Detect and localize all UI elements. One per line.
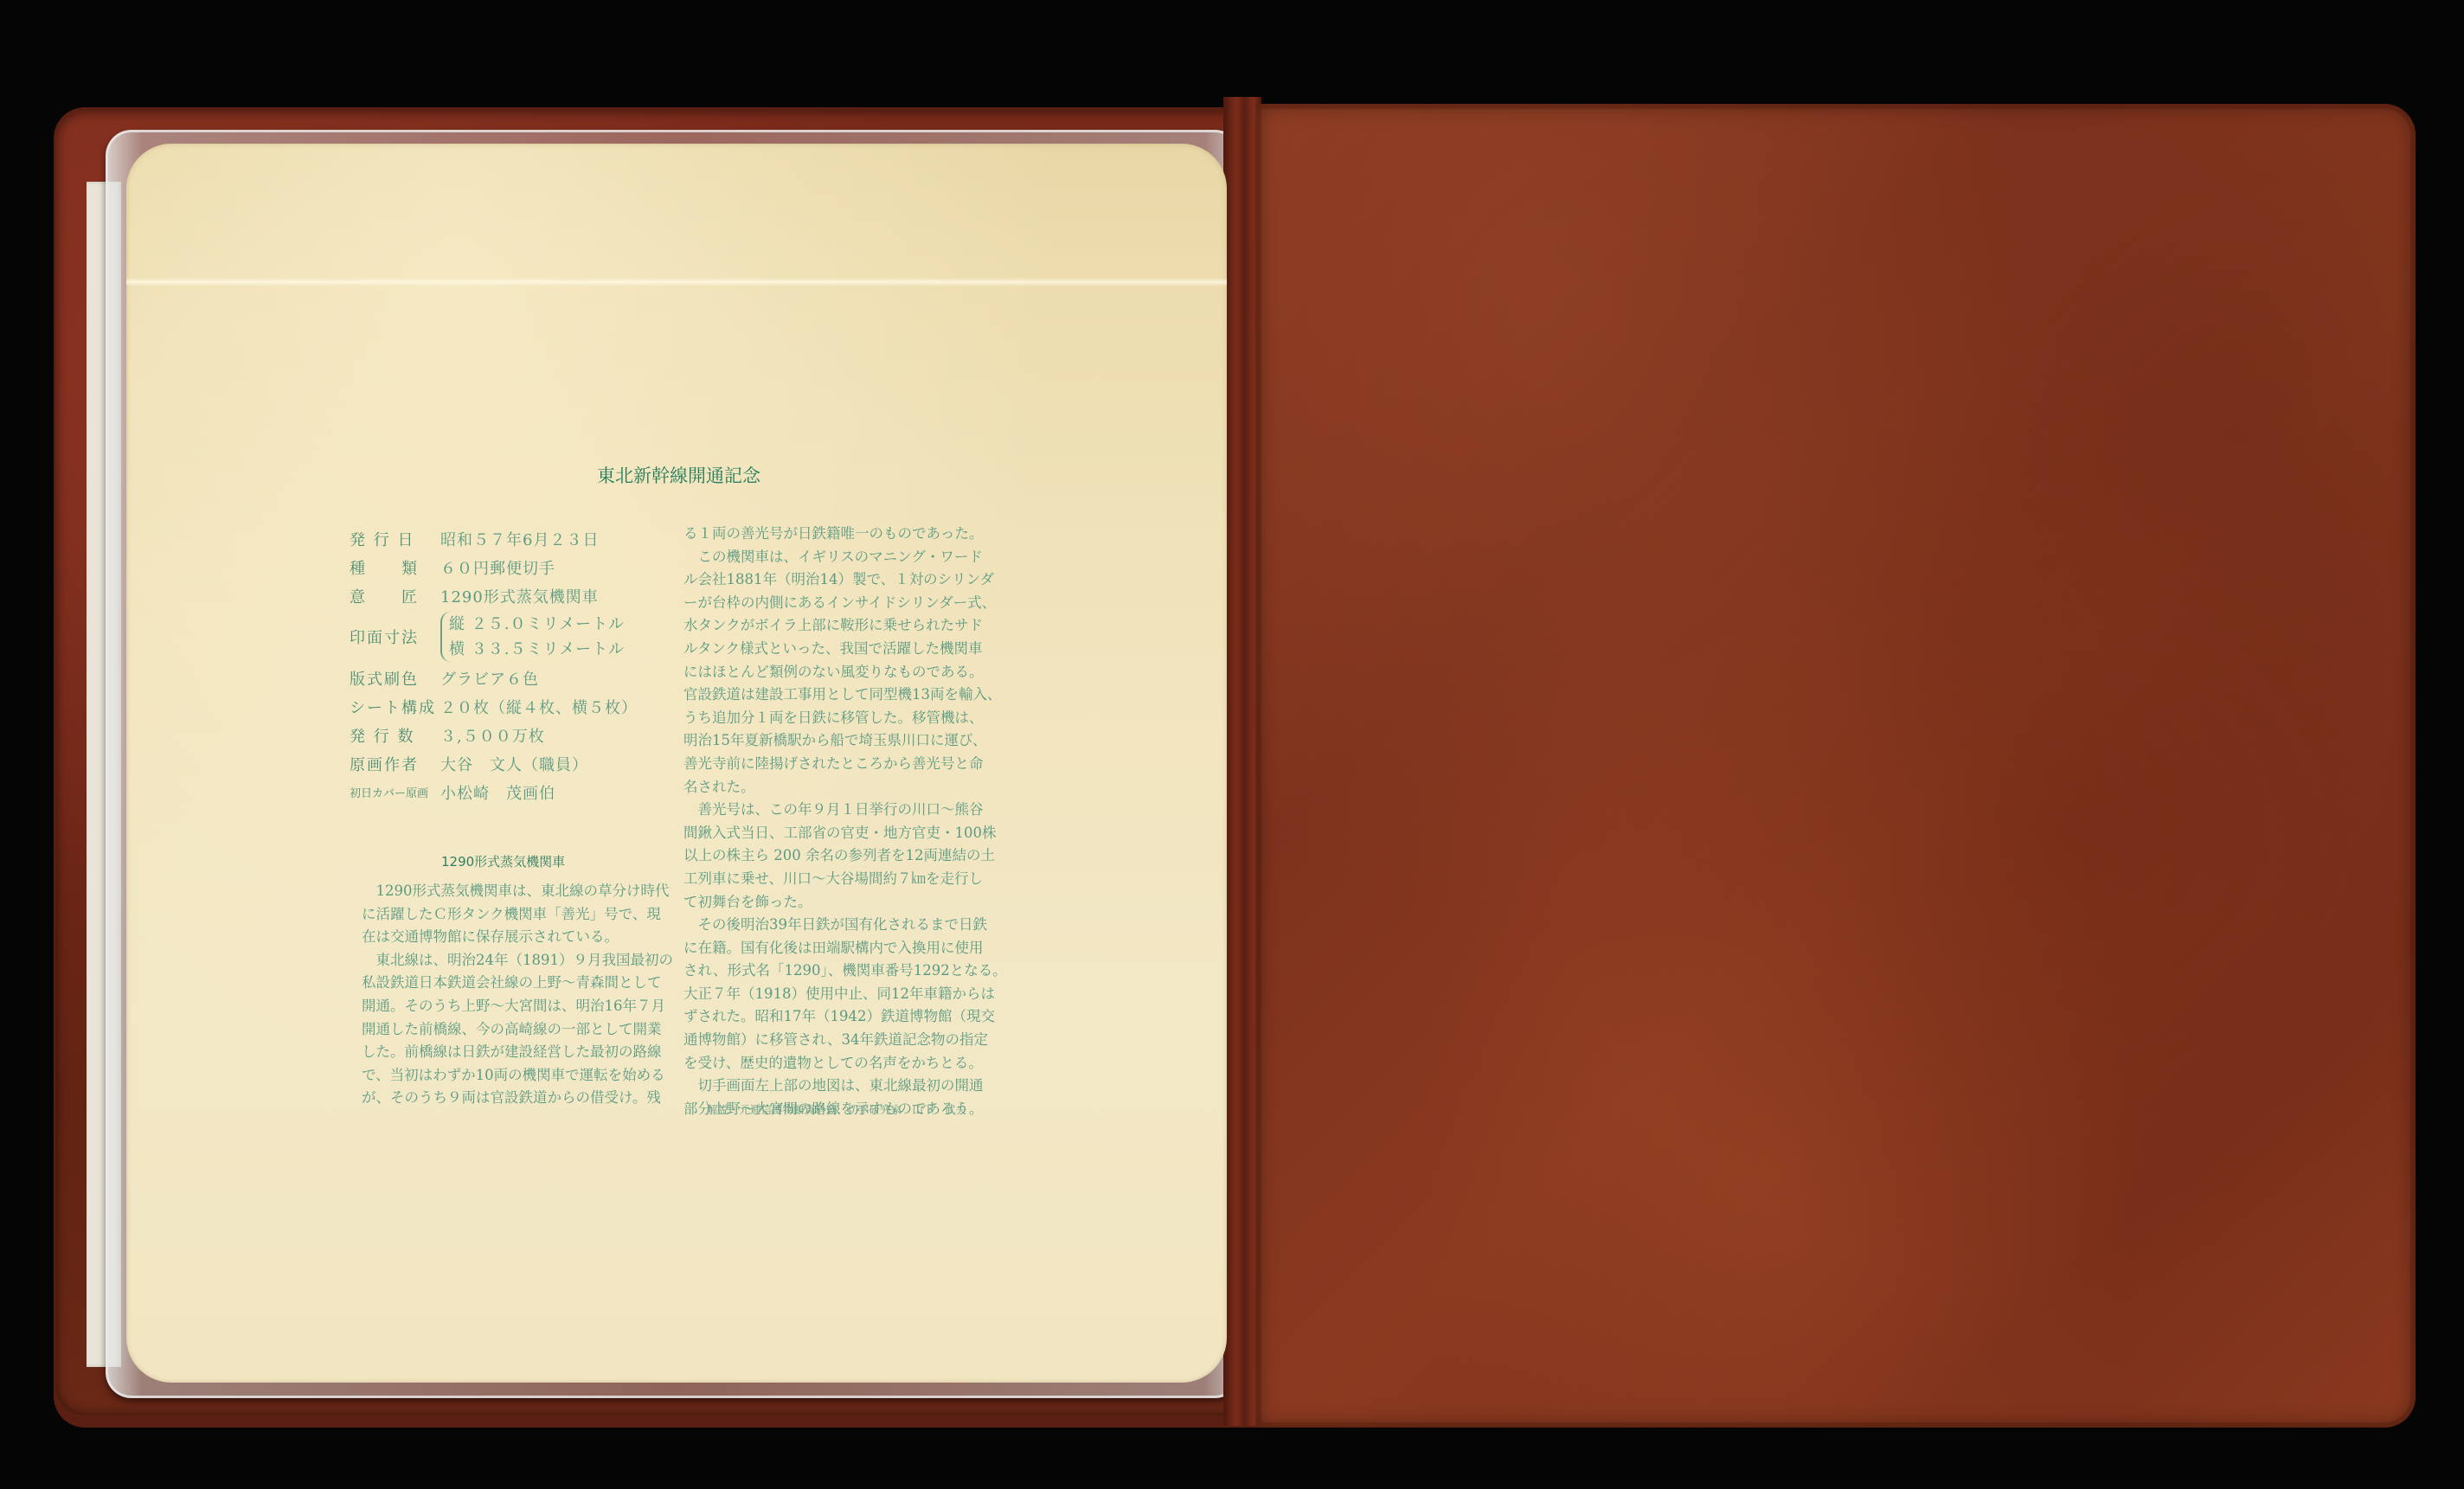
paragraph-line: 1290形式蒸気機関車は、東北線の草分け時代 bbox=[362, 880, 673, 903]
paragraph-line: うち追加分１両を日鉄に移管した。移管機は、 bbox=[683, 707, 1007, 730]
paragraph-line: ずされた。昭和17年（1942）鉄道博物館（現交 bbox=[683, 1005, 1007, 1029]
spec-value-width: 横 ３３.５ミリメートル bbox=[449, 637, 625, 662]
paragraph-line: ル会社1881年（明治14）製で、１対のシリンダ bbox=[683, 568, 1007, 592]
right-paragraph: る１両の善光号が日鉄籍唯一のものであった。 この機関車は、イギリスのマニング・ワ… bbox=[683, 523, 1007, 1120]
stamp-info-card bbox=[126, 144, 1227, 1383]
paragraph-line: に在籍。国有化後は田端駅構内で入換用に使用 bbox=[683, 937, 1007, 960]
card-fold-band bbox=[126, 278, 1227, 286]
paragraph-line: る１両の善光号が日鉄籍唯一のものであった。 bbox=[683, 523, 1007, 546]
spec-value: 1290形式蒸気機関車 bbox=[440, 585, 599, 607]
spec-value: ２０枚（縦４枚、横５枚） bbox=[440, 696, 638, 718]
spec-row-sheet: シート構成 ２０枚（縦４枚、横５枚） bbox=[350, 692, 661, 721]
paragraph-line: 明治15年夏新橋駅から船で埼玉県川口に運び、 bbox=[683, 729, 1007, 753]
spec-value-group: 縦 ２５.０ミリメートル 横 ３３.５ミリメートル bbox=[440, 612, 625, 662]
paragraph-line: 大正７年（1918）使用中止、同12年車籍からは bbox=[683, 983, 1007, 1006]
paragraph-line: 東北線は、明治24年（1891）９月我国最初の bbox=[362, 949, 673, 972]
paragraph-line: した。前橋線は日鉄が建設経営した最初の路線 bbox=[362, 1041, 673, 1064]
paragraph-line: 私設鉄道日本鉄道会社線の上野～青森間として bbox=[362, 972, 673, 995]
spec-value: 小松崎 茂画伯 bbox=[440, 781, 555, 804]
paragraph-line: 通博物館）に移管され、34年鉄道記念物の指定 bbox=[683, 1029, 1007, 1052]
paragraph-line: 切手画面左上部の地図は、東北線最初の開通 bbox=[683, 1075, 1007, 1098]
paragraph-line: 在は交通博物館に保存展示されている。 bbox=[362, 926, 673, 949]
paragraph-line: 開通。そのうち上野～大宮間は、明治16年７月 bbox=[362, 995, 673, 1018]
paragraph-line: 工列車に乗せ、川口～大谷場間約７㎞を走行し bbox=[683, 868, 1007, 891]
paragraph-line: その後明治39年日鉄が国有化されるまで日鉄 bbox=[683, 914, 1007, 937]
paragraph-line: 開通した前橋線、今の高崎線の一部として開業 bbox=[362, 1018, 673, 1042]
spec-value: 大谷 文人（職員） bbox=[440, 753, 588, 775]
spec-row-fdc-artist: 初日カバー原画 小松崎 茂画伯 bbox=[350, 778, 661, 806]
paragraph-line: が、そのうち９両は官設鉄道からの借受け。残 bbox=[362, 1087, 673, 1110]
paragraph-line: され、形式名「1290」、機関車番号1292となる。 bbox=[683, 960, 1007, 983]
spec-label: 印面寸法 bbox=[350, 626, 440, 648]
paragraph-line: 名された。 bbox=[683, 776, 1007, 799]
paragraph-line: 官設鉄道は建設工事用として同型機13両を輸入、 bbox=[683, 684, 1007, 707]
spec-row-issue-date: 発 行 日 昭和５７年6月２３日 bbox=[350, 524, 661, 553]
spec-label: 発 行 数 bbox=[350, 724, 440, 747]
spec-label: 意 匠 bbox=[350, 585, 440, 607]
spec-label: 初日カバー原画 bbox=[350, 784, 440, 800]
paragraph-line: ーが台枠の内側にあるインサイドシリンダー式、 bbox=[683, 592, 1007, 615]
left-paragraph: 1290形式蒸気機関車は、東北線の草分け時代に活躍したＣ形タンク機関車「善光」号… bbox=[362, 880, 673, 1110]
spec-row-quantity: 発 行 数 ３,５００万枚 bbox=[350, 721, 661, 749]
spec-value: ６０円郵便切手 bbox=[440, 556, 555, 579]
spec-value: ３,５００万枚 bbox=[440, 724, 545, 747]
paragraph-line: に活躍したＣ形タンク機関車「善光」号で、現 bbox=[362, 903, 673, 927]
spec-label: 種 類 bbox=[350, 556, 440, 579]
paragraph-line: て初舞台を飾った。 bbox=[683, 891, 1007, 915]
paragraph-line: で、当初はわずか10両の機関車で運転を始める bbox=[362, 1064, 673, 1088]
paragraph-line: 間鍬入式当日、工部省の官吏・地方官吏・100株 bbox=[683, 822, 1007, 845]
spec-row-printing: 版式刷色 グラビア６色 bbox=[350, 664, 661, 692]
paragraph-line: を受け、歴史的遺物としての名声をかちとる。 bbox=[683, 1052, 1007, 1075]
spec-label: シート構成 bbox=[350, 696, 440, 718]
paragraph-line: ルタンク様式といった、我国で活躍した機関車 bbox=[683, 638, 1007, 661]
spec-value: 昭和５７年6月２３日 bbox=[440, 528, 599, 550]
paragraph-line: 善光号は、この年９月１日挙行の川口～熊谷 bbox=[683, 799, 1007, 822]
spec-row-type: 種 類 ６０円郵便切手 bbox=[350, 553, 661, 581]
paragraph-line: 以上の株主ら 200 余名の参列者を12両連結の土 bbox=[683, 844, 1007, 868]
card-title: 東北新幹線開通記念 bbox=[597, 462, 770, 488]
spec-label: 原画作者 bbox=[350, 753, 440, 775]
spec-table: 発 行 日 昭和５７年6月２３日 種 類 ６０円郵便切手 意 匠 1290形式蒸… bbox=[350, 524, 661, 806]
commentary-credit: 解説・元逓信博物館資料官、切手研究家 山下 武夫 bbox=[707, 1101, 966, 1117]
spec-value-height: 縦 ２５.０ミリメートル bbox=[449, 612, 625, 637]
album-right-cover bbox=[1256, 104, 2416, 1428]
locomotive-subheading: 1290形式蒸気機関車 bbox=[441, 852, 565, 870]
spec-row-designer: 原画作者 大谷 文人（職員） bbox=[350, 749, 661, 778]
spec-row-print-size: 印面寸法 縦 ２５.０ミリメートル 横 ３３.５ミリメートル bbox=[350, 610, 661, 664]
paragraph-line: この機関車は、イギリスのマニング・ワード bbox=[683, 546, 1007, 569]
spec-value: グラビア６色 bbox=[440, 667, 539, 690]
spec-label: 発 行 日 bbox=[350, 528, 440, 550]
paragraph-line: 善光寺前に陸揚げされたところから善光号と命 bbox=[683, 753, 1007, 776]
spec-row-design: 意 匠 1290形式蒸気機関車 bbox=[350, 581, 661, 610]
spec-label: 版式刷色 bbox=[350, 667, 440, 690]
paragraph-line: にはほとんど類例のない風変りなものである。 bbox=[683, 661, 1007, 684]
paragraph-line: 水タンクがボイラ上部に鞍形に乗せられたサド bbox=[683, 614, 1007, 638]
